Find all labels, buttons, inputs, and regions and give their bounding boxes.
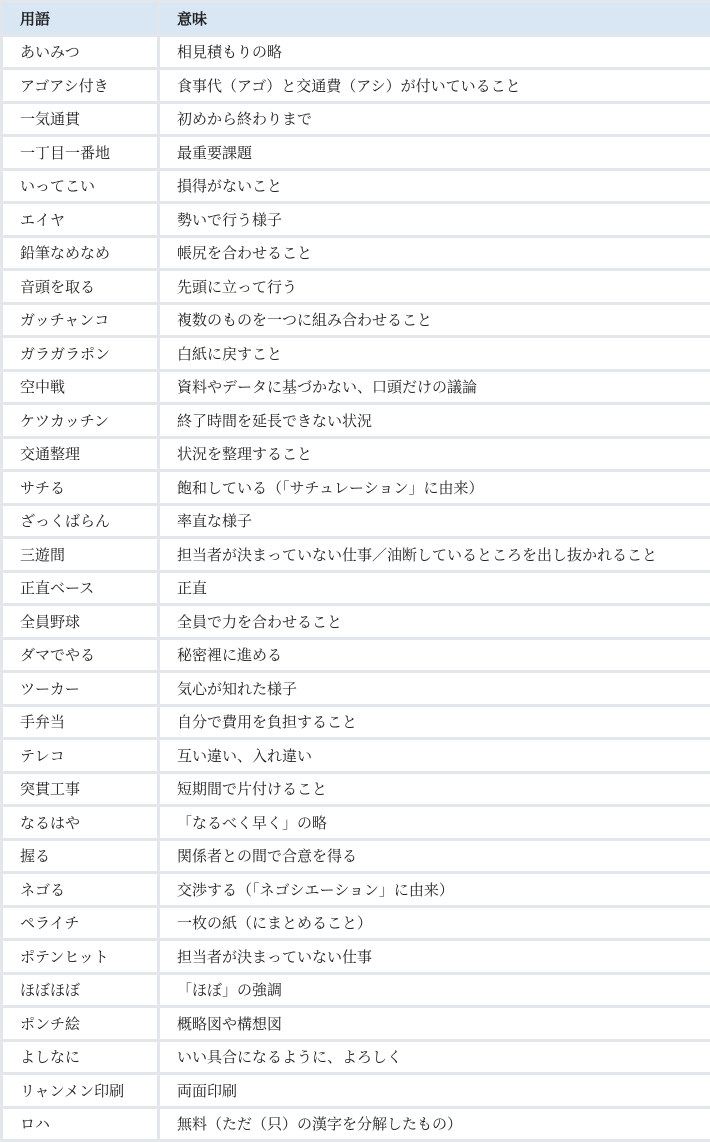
term-cell: 鉛筆なめなめ	[3, 238, 157, 269]
term-cell: ほぼほぼ	[3, 975, 157, 1006]
meaning-cell: 互い違い、入れ違い	[160, 740, 710, 771]
meaning-cell: 担当者が決まっていない仕事／油断しているところを出し抜かれること	[160, 539, 710, 570]
table-row: 正直ベース正直	[0, 573, 710, 604]
meaning-cell: 気心が知れた様子	[160, 673, 710, 704]
term-cell: ガラガラポン	[3, 338, 157, 369]
table-row: ほぼほぼ「ほぼ」の強調	[0, 975, 710, 1006]
term-cell: リャンメン印刷	[3, 1075, 157, 1106]
term-cell: 音頭を取る	[3, 271, 157, 302]
term-cell: サチる	[3, 472, 157, 503]
term-cell: ポンチ絵	[3, 1008, 157, 1039]
meaning-cell: 「なるべく早く」の略	[160, 807, 710, 838]
term-cell: アゴアシ付き	[3, 70, 157, 101]
table-row: ロハ無料（ただ（只）の漢字を分解したもの）	[0, 1109, 710, 1140]
term-cell: 手弁当	[3, 707, 157, 738]
meaning-cell: 率直な様子	[160, 506, 710, 537]
term-cell: 正直ベース	[3, 573, 157, 604]
table-header-row: 用語 意味	[0, 3, 710, 34]
table-row: 握る関係者との間で合意を得る	[0, 841, 710, 872]
meaning-cell: 白紙に戻すこと	[160, 338, 710, 369]
meaning-cell: 概略図や構想図	[160, 1008, 710, 1039]
table-row: ネゴる交渉する（「ネゴシエーション」に由来）	[0, 874, 710, 905]
table-row: リャンメン印刷両面印刷	[0, 1075, 710, 1106]
term-cell: 交通整理	[3, 439, 157, 470]
table-row: ツーカー気心が知れた様子	[0, 673, 710, 704]
meaning-cell: 損得がないこと	[160, 171, 710, 202]
table-row: 一気通貫初めから終わりまで	[0, 104, 710, 135]
table-row: ケツカッチン終了時間を延長できない状況	[0, 405, 710, 436]
meaning-cell: 秘密裡に進める	[160, 640, 710, 671]
table-row: ポテンヒット担当者が決まっていない仕事	[0, 941, 710, 972]
term-cell: 突貫工事	[3, 774, 157, 805]
term-cell: ガッチャンコ	[3, 305, 157, 336]
meaning-cell: いい具合になるように、よろしく	[160, 1042, 710, 1073]
glossary-table: 用語 意味 あいみつ相見積もりの略アゴアシ付き食事代（アゴ）と交通費（アシ）が付…	[0, 0, 710, 1139]
meaning-cell: 終了時間を延長できない状況	[160, 405, 710, 436]
meaning-cell: 短期間で片付けること	[160, 774, 710, 805]
meaning-cell: 交渉する（「ネゴシエーション」に由来）	[160, 874, 710, 905]
meaning-cell: 自分で費用を負担すること	[160, 707, 710, 738]
table-row: ポンチ絵概略図や構想図	[0, 1008, 710, 1039]
meaning-cell: 食事代（アゴ）と交通費（アシ）が付いていること	[160, 70, 710, 101]
term-cell: 握る	[3, 841, 157, 872]
table-row: ペライチ一枚の紙（にまとめること）	[0, 908, 710, 939]
table-row: テレコ互い違い、入れ違い	[0, 740, 710, 771]
term-cell: ケツカッチン	[3, 405, 157, 436]
table-row: なるはや「なるべく早く」の略	[0, 807, 710, 838]
table-row: 交通整理状況を整理すること	[0, 439, 710, 470]
table-row: 手弁当自分で費用を負担すること	[0, 707, 710, 738]
meaning-cell: 全員で力を合わせること	[160, 606, 710, 637]
meaning-cell: 最重要課題	[160, 137, 710, 168]
table-row: いってこい損得がないこと	[0, 171, 710, 202]
header-meaning: 意味	[160, 3, 710, 34]
meaning-cell: 初めから終わりまで	[160, 104, 710, 135]
meaning-cell: 相見積もりの略	[160, 37, 710, 68]
meaning-cell: 一枚の紙（にまとめること）	[160, 908, 710, 939]
table-row: あいみつ相見積もりの略	[0, 37, 710, 68]
meaning-cell: 先頭に立って行う	[160, 271, 710, 302]
table-row: ざっくばらん率直な様子	[0, 506, 710, 537]
term-cell: 空中戦	[3, 372, 157, 403]
term-cell: なるはや	[3, 807, 157, 838]
table-row: よしなにいい具合になるように、よろしく	[0, 1042, 710, 1073]
table-row: 音頭を取る先頭に立って行う	[0, 271, 710, 302]
term-cell: ロハ	[3, 1109, 157, 1140]
term-cell: 一丁目一番地	[3, 137, 157, 168]
meaning-cell: 飽和している（「サチュレーション」に由来）	[160, 472, 710, 503]
term-cell: 一気通貫	[3, 104, 157, 135]
meaning-cell: 資料やデータに基づかない、口頭だけの議論	[160, 372, 710, 403]
term-cell: 三遊間	[3, 539, 157, 570]
term-cell: ポテンヒット	[3, 941, 157, 972]
meaning-cell: 複数のものを一つに組み合わせること	[160, 305, 710, 336]
term-cell: ダマでやる	[3, 640, 157, 671]
header-term: 用語	[3, 3, 157, 34]
meaning-cell: 正直	[160, 573, 710, 604]
term-cell: 全員野球	[3, 606, 157, 637]
table-row: エイヤ勢いで行う様子	[0, 204, 710, 235]
table-row: ガッチャンコ複数のものを一つに組み合わせること	[0, 305, 710, 336]
term-cell: エイヤ	[3, 204, 157, 235]
table-row: ダマでやる秘密裡に進める	[0, 640, 710, 671]
table-row: 一丁目一番地最重要課題	[0, 137, 710, 168]
meaning-cell: 帳尻を合わせること	[160, 238, 710, 269]
meaning-cell: 両面印刷	[160, 1075, 710, 1106]
table-row: アゴアシ付き食事代（アゴ）と交通費（アシ）が付いていること	[0, 70, 710, 101]
meaning-cell: 勢いで行う様子	[160, 204, 710, 235]
meaning-cell: 関係者との間で合意を得る	[160, 841, 710, 872]
table-row: サチる飽和している（「サチュレーション」に由来）	[0, 472, 710, 503]
table-row: 三遊間担当者が決まっていない仕事／油断しているところを出し抜かれること	[0, 539, 710, 570]
table-row: ガラガラポン白紙に戻すこと	[0, 338, 710, 369]
meaning-cell: 状況を整理すること	[160, 439, 710, 470]
term-cell: テレコ	[3, 740, 157, 771]
term-cell: ざっくばらん	[3, 506, 157, 537]
term-cell: よしなに	[3, 1042, 157, 1073]
meaning-cell: 無料（ただ（只）の漢字を分解したもの）	[160, 1109, 710, 1140]
term-cell: いってこい	[3, 171, 157, 202]
table-row: 鉛筆なめなめ帳尻を合わせること	[0, 238, 710, 269]
term-cell: ネゴる	[3, 874, 157, 905]
table-row: 空中戦資料やデータに基づかない、口頭だけの議論	[0, 372, 710, 403]
term-cell: あいみつ	[3, 37, 157, 68]
term-cell: ペライチ	[3, 908, 157, 939]
table-row: 全員野球全員で力を合わせること	[0, 606, 710, 637]
meaning-cell: 担当者が決まっていない仕事	[160, 941, 710, 972]
table-row: 突貫工事短期間で片付けること	[0, 774, 710, 805]
term-cell: ツーカー	[3, 673, 157, 704]
meaning-cell: 「ほぼ」の強調	[160, 975, 710, 1006]
